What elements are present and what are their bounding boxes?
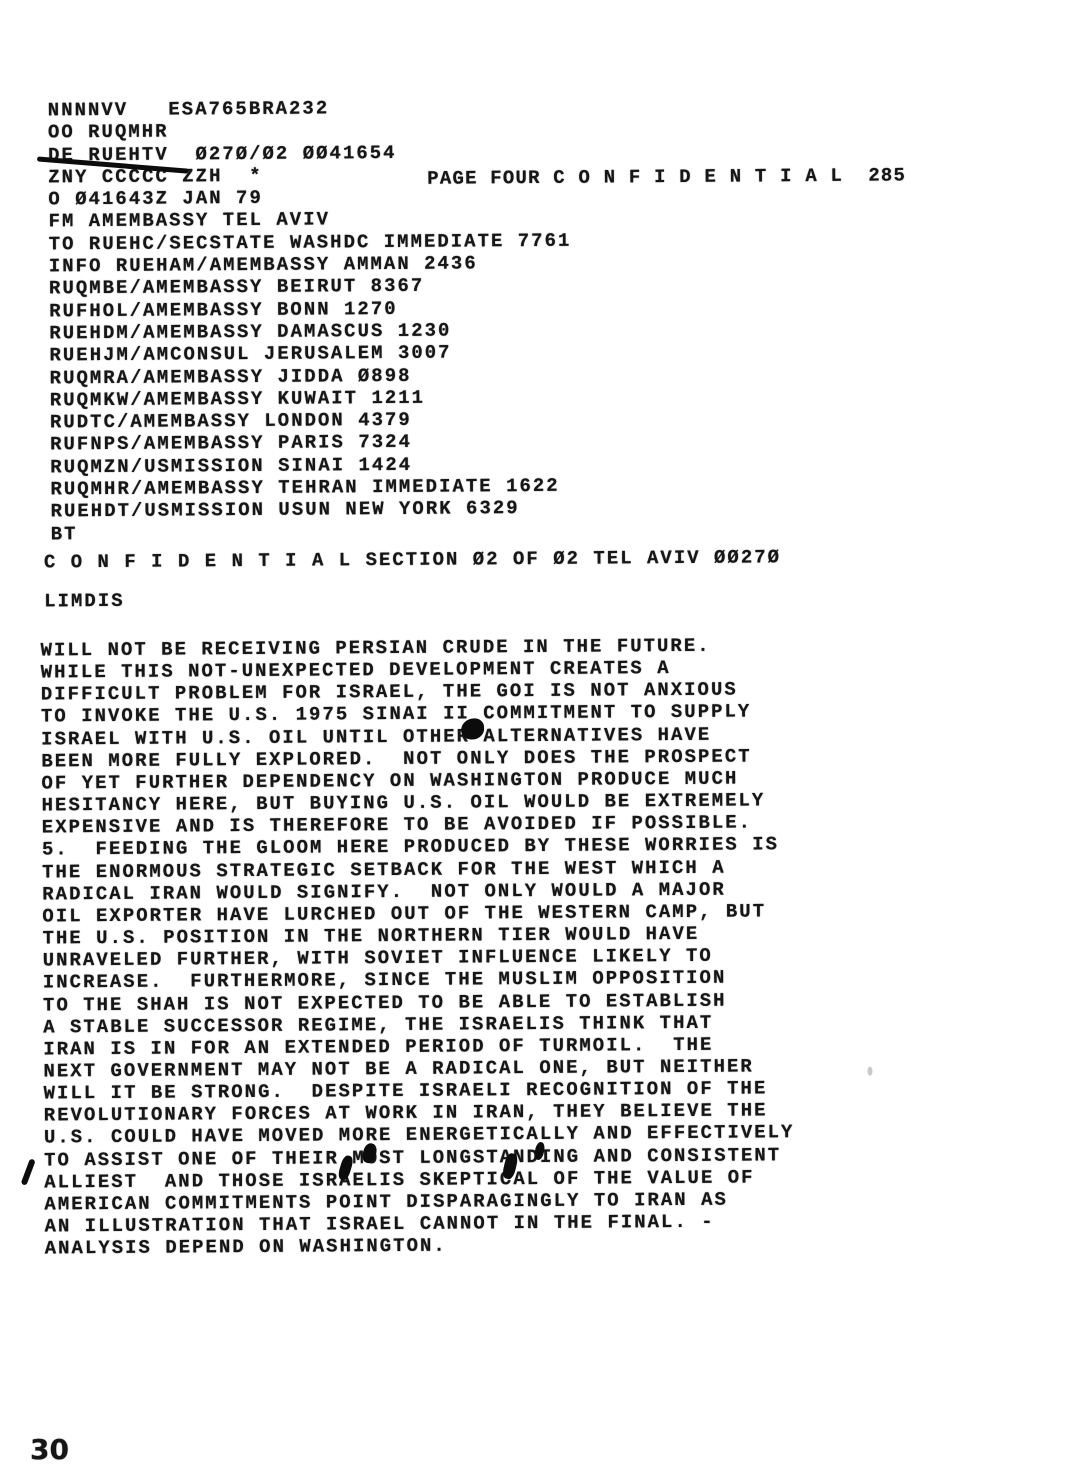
classification-section-line: C O N F I D E N T I A L SECTION Ø2 OF Ø2… bbox=[44, 546, 781, 573]
routing-line: TO RUEHC/SECSTATE WASHDC IMMEDIATE 7761 bbox=[49, 230, 572, 256]
page-number: 30 bbox=[30, 1433, 69, 1466]
scan-speck bbox=[867, 1067, 872, 1076]
body-line: ANALYSIS DEPEND ON WASHINGTON. bbox=[45, 1232, 796, 1259]
routing-line: RUEHDT/USMISSION USUN NEW YORK 6329 bbox=[50, 497, 573, 523]
scanned-sheet: PAGE FOUR C O N F I D E N T I A L 285 NN… bbox=[0, 0, 1067, 1480]
telegram-scan-page: PAGE FOUR C O N F I D E N T I A L 285 NN… bbox=[0, 0, 1067, 1480]
pen-slash-mark bbox=[21, 1158, 36, 1185]
handling-caption: LIMDIS bbox=[44, 590, 125, 613]
routing-line-bt: BT bbox=[51, 519, 574, 545]
ink-blot bbox=[461, 718, 484, 739]
message-body: WILL NOT BE RECEIVING PERSIAN CRUDE IN T… bbox=[40, 634, 795, 1260]
